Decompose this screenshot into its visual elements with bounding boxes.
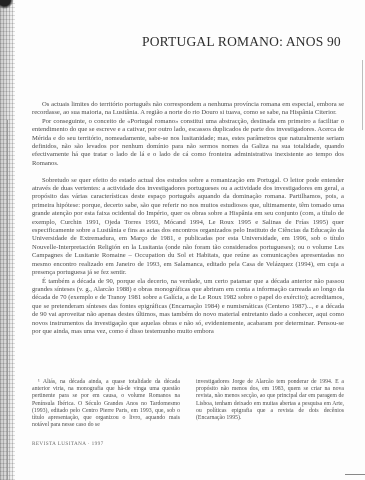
binding-gutter-line — [7, 120, 8, 480]
bottom-edge-rule — [345, 474, 365, 475]
article-body: Os actuais limites do território portugu… — [32, 101, 344, 336]
page-title: PORTUGAL ROMANO: ANOS 90 — [142, 34, 322, 50]
footnotes: ¹ Aliás, na década ainda, a quase totali… — [32, 379, 344, 429]
paragraph-2: Por conseguinte, o conceito de «Portugal… — [32, 118, 344, 168]
running-footer: REVISTA LUSITANA · 1997 — [32, 441, 104, 447]
footnote-continuation: investigadores Jorge de Alarcão tem pond… — [196, 379, 344, 422]
footnote-column-left: ¹ Aliás, na década ainda, a quase totali… — [32, 379, 180, 429]
scanned-page: PORTUGAL ROMANO: ANOS 90 Os actuais limi… — [0, 0, 365, 480]
paragraph-4: É também a década de 90, porque ela dece… — [32, 278, 344, 337]
footnote-column-right: investigadores Jorge de Alarcão tem pond… — [196, 379, 344, 429]
paragraph-3: Sobretudo se quer efeito do estado actua… — [32, 177, 344, 278]
paragraph-1: Os actuais limites do território portugu… — [32, 101, 344, 118]
footnote-1: ¹ Aliás, na década ainda, a quase totali… — [32, 379, 180, 429]
page-edge-mark — [362, 60, 363, 130]
